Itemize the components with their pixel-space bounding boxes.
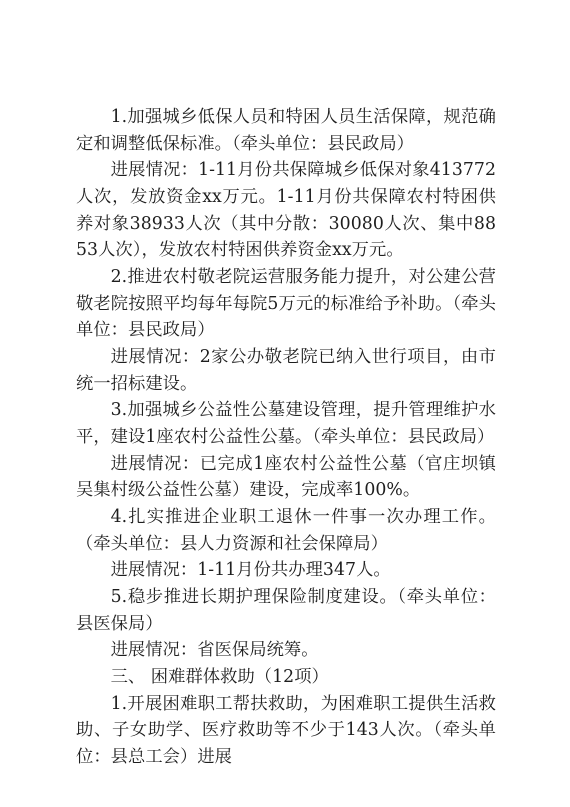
item-paragraph: 4.扎实推进企业职工退休一件事一次办理工作。（牵头单位：县人力资源和社会保障局） (76, 504, 496, 557)
section-heading: 三、 困难群体救助（12项） (76, 664, 496, 691)
item-paragraph: 3.加强城乡公益性公墓建设管理，提升管理维护水平，建设1座农村公益性公墓。（牵头… (76, 397, 496, 450)
item-paragraph: 1.加强城乡低保人员和特困人员生活保障，规范确定和调整低保标准。（牵头单位：县民… (76, 104, 496, 157)
progress-paragraph: 进展情况：1-11月份共办理347人。 (76, 557, 496, 584)
item-paragraph: 5.稳步推进长期护理保险制度建设。（牵头单位：县医保局） (76, 584, 496, 637)
progress-paragraph: 进展情况：省医保局统筹。 (76, 637, 496, 664)
progress-paragraph: 进展情况：2家公办敬老院已纳入世行项目，由市统一招标建设。 (76, 344, 496, 397)
document-page: 1.加强城乡低保人员和特困人员生活保障，规范确定和调整低保标准。（牵头单位：县民… (76, 104, 496, 771)
progress-paragraph: 进展情况：1-11月份共保障城乡低保对象413772人次，发放资金xx万元。1-… (76, 157, 496, 264)
item-paragraph: 2.推进农村敬老院运营服务能力提升，对公建公营敬老院按照平均每年每院5万元的标准… (76, 264, 496, 344)
progress-paragraph: 进展情况：已完成1座农村公益性公墓（官庄坝镇吴集村级公益性公墓）建设，完成率10… (76, 451, 496, 504)
item-paragraph: 1.开展困难职工帮扶救助，为困难职工提供生活救助、子女助学、医疗救助等不少于14… (76, 691, 496, 771)
